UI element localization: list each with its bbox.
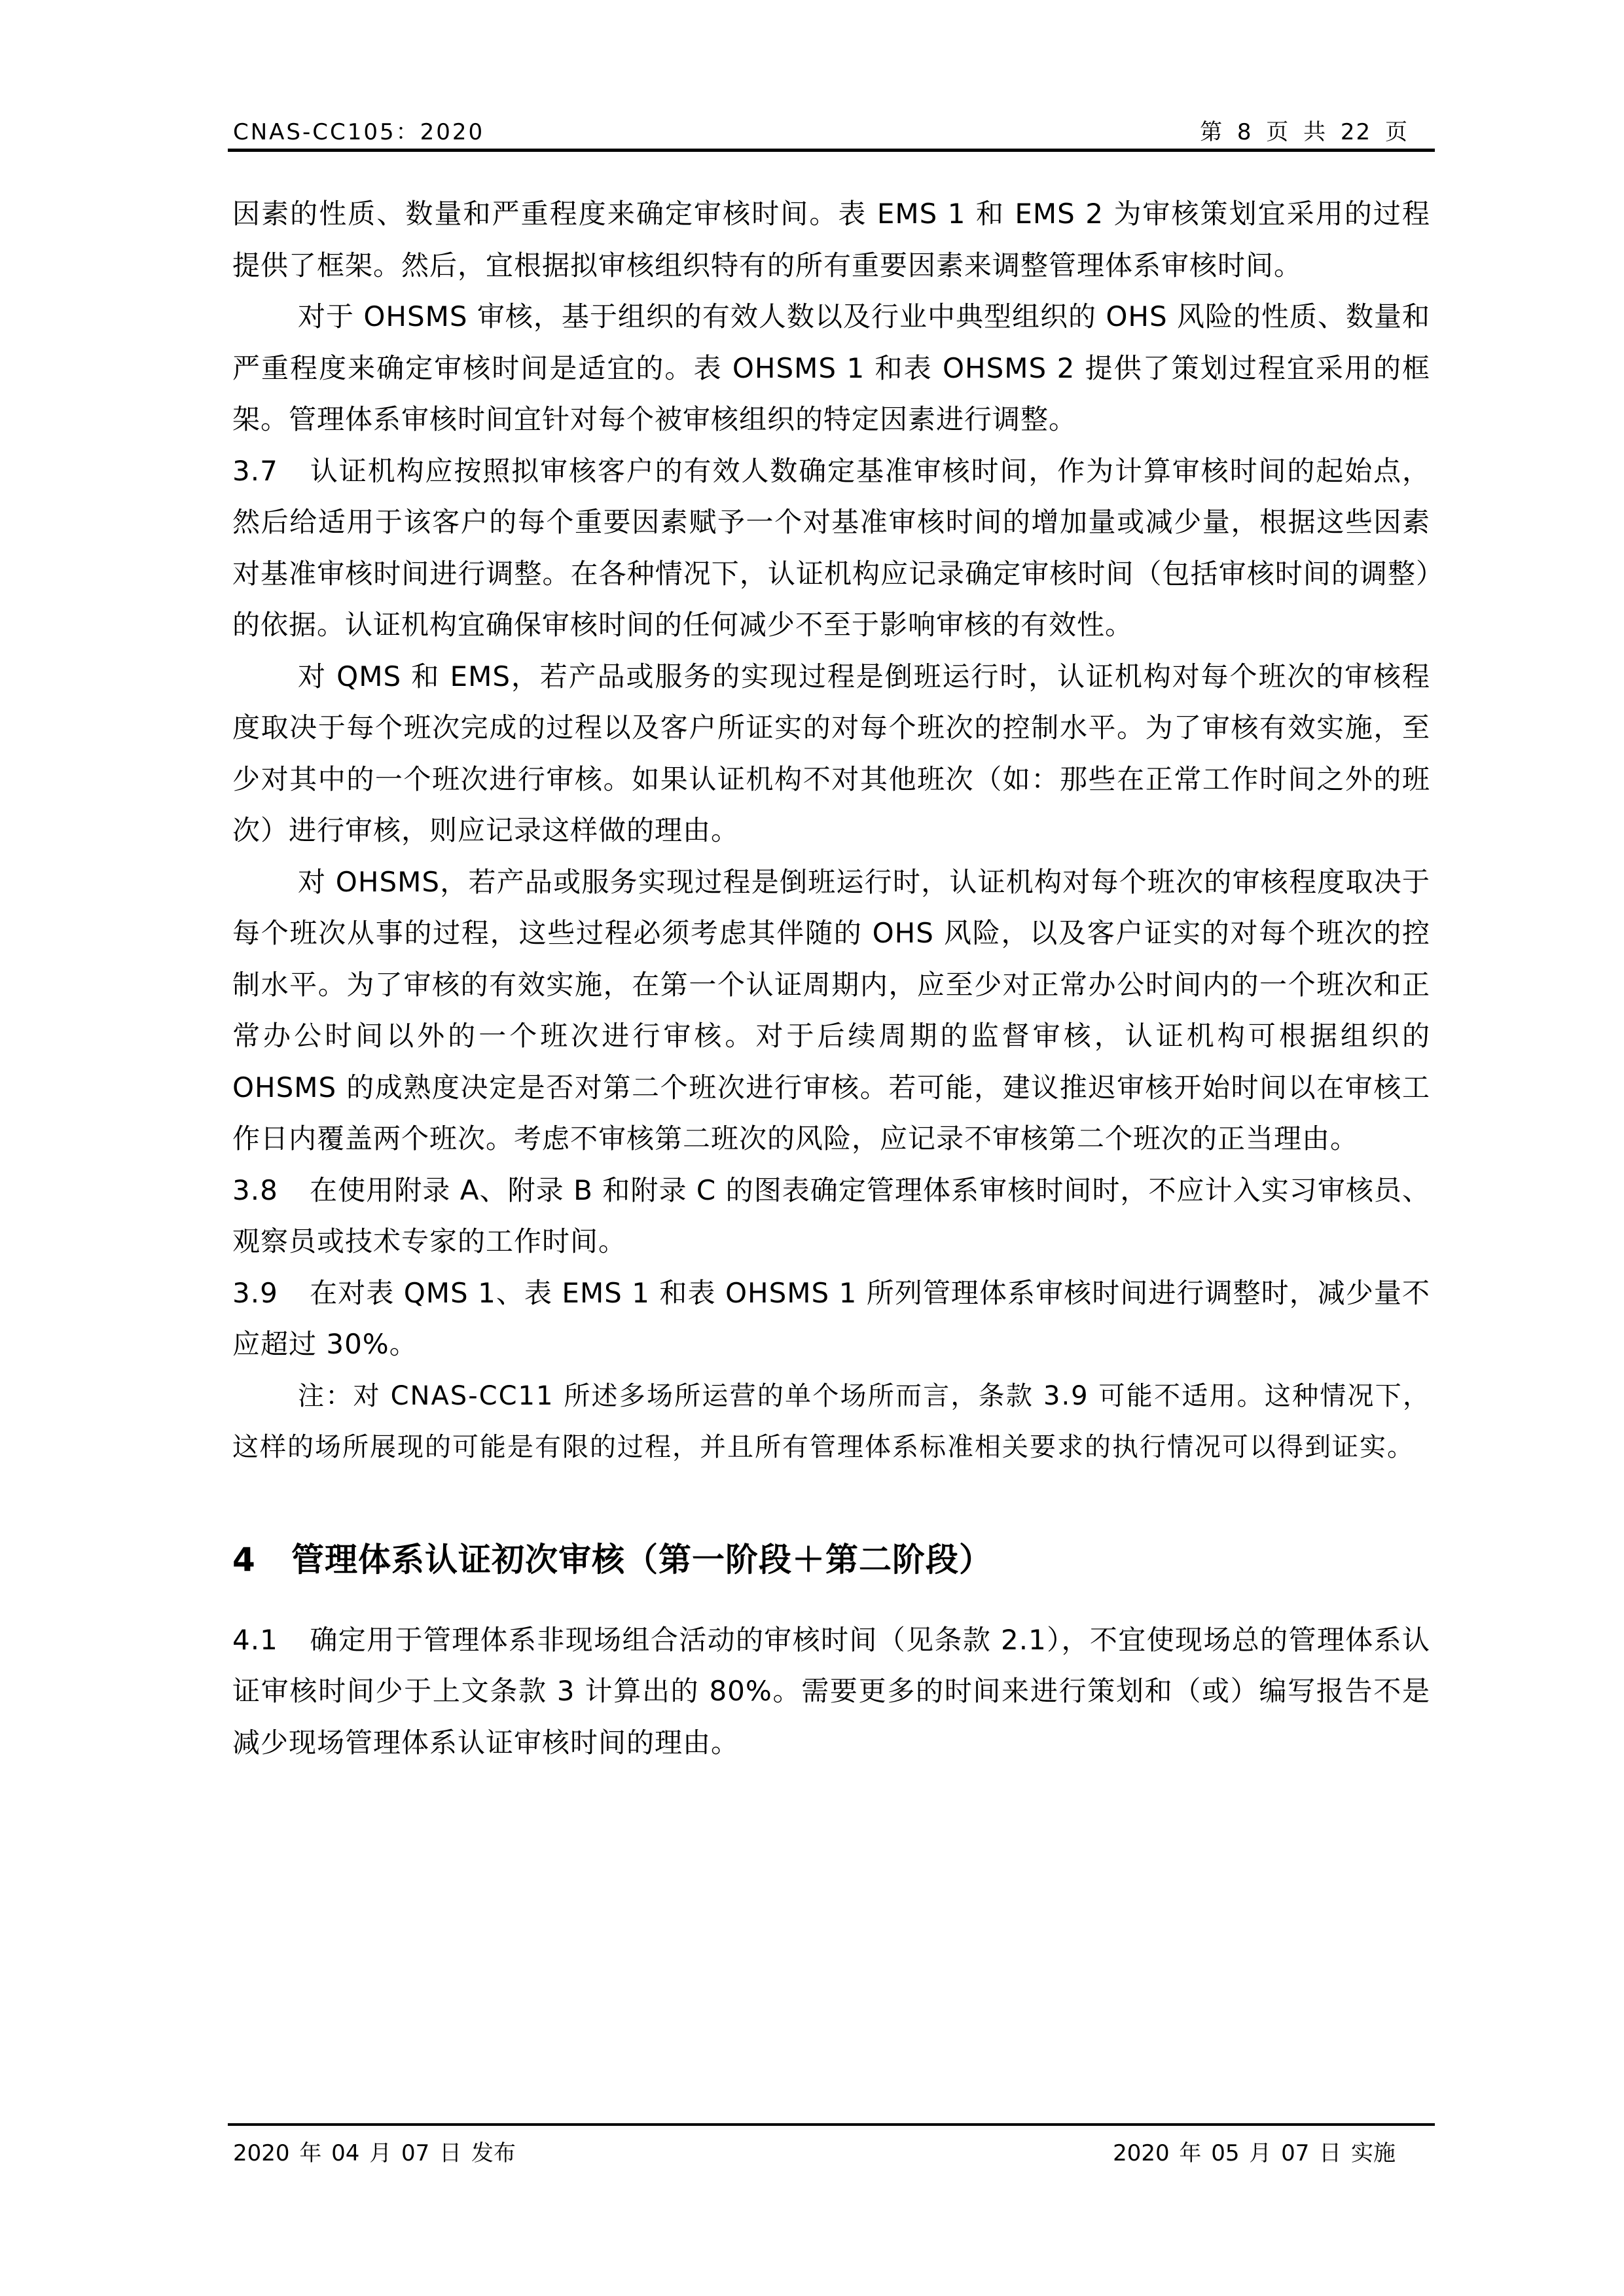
paragraph-ohsms-shifts: 对 OHSMS，若产品或服务实现过程是倒班运行时，认证机构对每个班次的审核程度取… <box>232 857 1430 1165</box>
note-cnas-cc11: 注：对 CNAS-CC11 所述多场所运营的单个场所而言，条款 3.9 可能不适… <box>232 1371 1430 1473</box>
clause-3-8: 3.8在使用附录 A、附录 B 和附录 C 的图表确定管理体系审核时间时，不应计… <box>232 1165 1430 1268</box>
clause-text: 在对表 QMS 1、表 EMS 1 和表 OHSMS 1 所列管理体系审核时间进… <box>232 1277 1430 1361</box>
document-body: 因素的性质、数量和严重程度来确定审核时间。表 EMS 1 和 EMS 2 为审核… <box>232 188 1430 1768</box>
clause-text: 确定用于管理体系非现场组合活动的审核时间（见条款 2.1），不宜使现场总的管理体… <box>232 1624 1430 1759</box>
effective-date: 2020 年 05 月 07 日 实施 <box>1113 2135 1396 2167</box>
clause-number: 3.7 <box>232 446 310 497</box>
clause-number: 3.8 <box>232 1165 310 1217</box>
page-header: CNAS-CC105：2020 第 8 页 共 22 页 <box>228 111 1435 152</box>
clause-3-9: 3.9在对表 QMS 1、表 EMS 1 和表 OHSMS 1 所列管理体系审核… <box>232 1268 1430 1371</box>
section-number: 4 <box>232 1534 291 1586</box>
section-heading-4: 4管理体系认证初次审核（第一阶段＋第二阶段） <box>232 1534 1430 1586</box>
clause-text: 在使用附录 A、附录 B 和附录 C 的图表确定管理体系审核时间时，不应计入实习… <box>232 1174 1430 1258</box>
page-footer: 2020 年 04 月 07 日 发布 2020 年 05 月 07 日 实施 <box>228 2123 1435 2176</box>
clause-4-1: 4.1确定用于管理体系非现场组合活动的审核时间（见条款 2.1），不宜使现场总的… <box>232 1615 1430 1769</box>
clause-number: 4.1 <box>232 1615 310 1666</box>
page-number: 第 8 页 共 22 页 <box>1200 114 1409 146</box>
paragraph-ems-continuation: 因素的性质、数量和严重程度来确定审核时间。表 EMS 1 和 EMS 2 为审核… <box>232 188 1430 291</box>
paragraph-qms-ems-shifts: 对 QMS 和 EMS，若产品或服务的实现过程是倒班运行时，认证机构对每个班次的… <box>232 651 1430 857</box>
document-code: CNAS-CC105：2020 <box>233 114 484 146</box>
issue-date: 2020 年 04 月 07 日 发布 <box>233 2135 516 2167</box>
section-title: 管理体系认证初次审核（第一阶段＋第二阶段） <box>291 1541 992 1579</box>
clause-text: 认证机构应按照拟审核客户的有效人数确定基准审核时间，作为计算审核时间的起始点，然… <box>232 455 1430 641</box>
clause-3-7: 3.7认证机构应按照拟审核客户的有效人数确定基准审核时间，作为计算审核时间的起始… <box>232 446 1430 651</box>
clause-number: 3.9 <box>232 1268 310 1319</box>
paragraph-ohsms-audit-time: 对于 OHSMS 审核，基于组织的有效人数以及行业中典型组织的 OHS 风险的性… <box>232 291 1430 446</box>
